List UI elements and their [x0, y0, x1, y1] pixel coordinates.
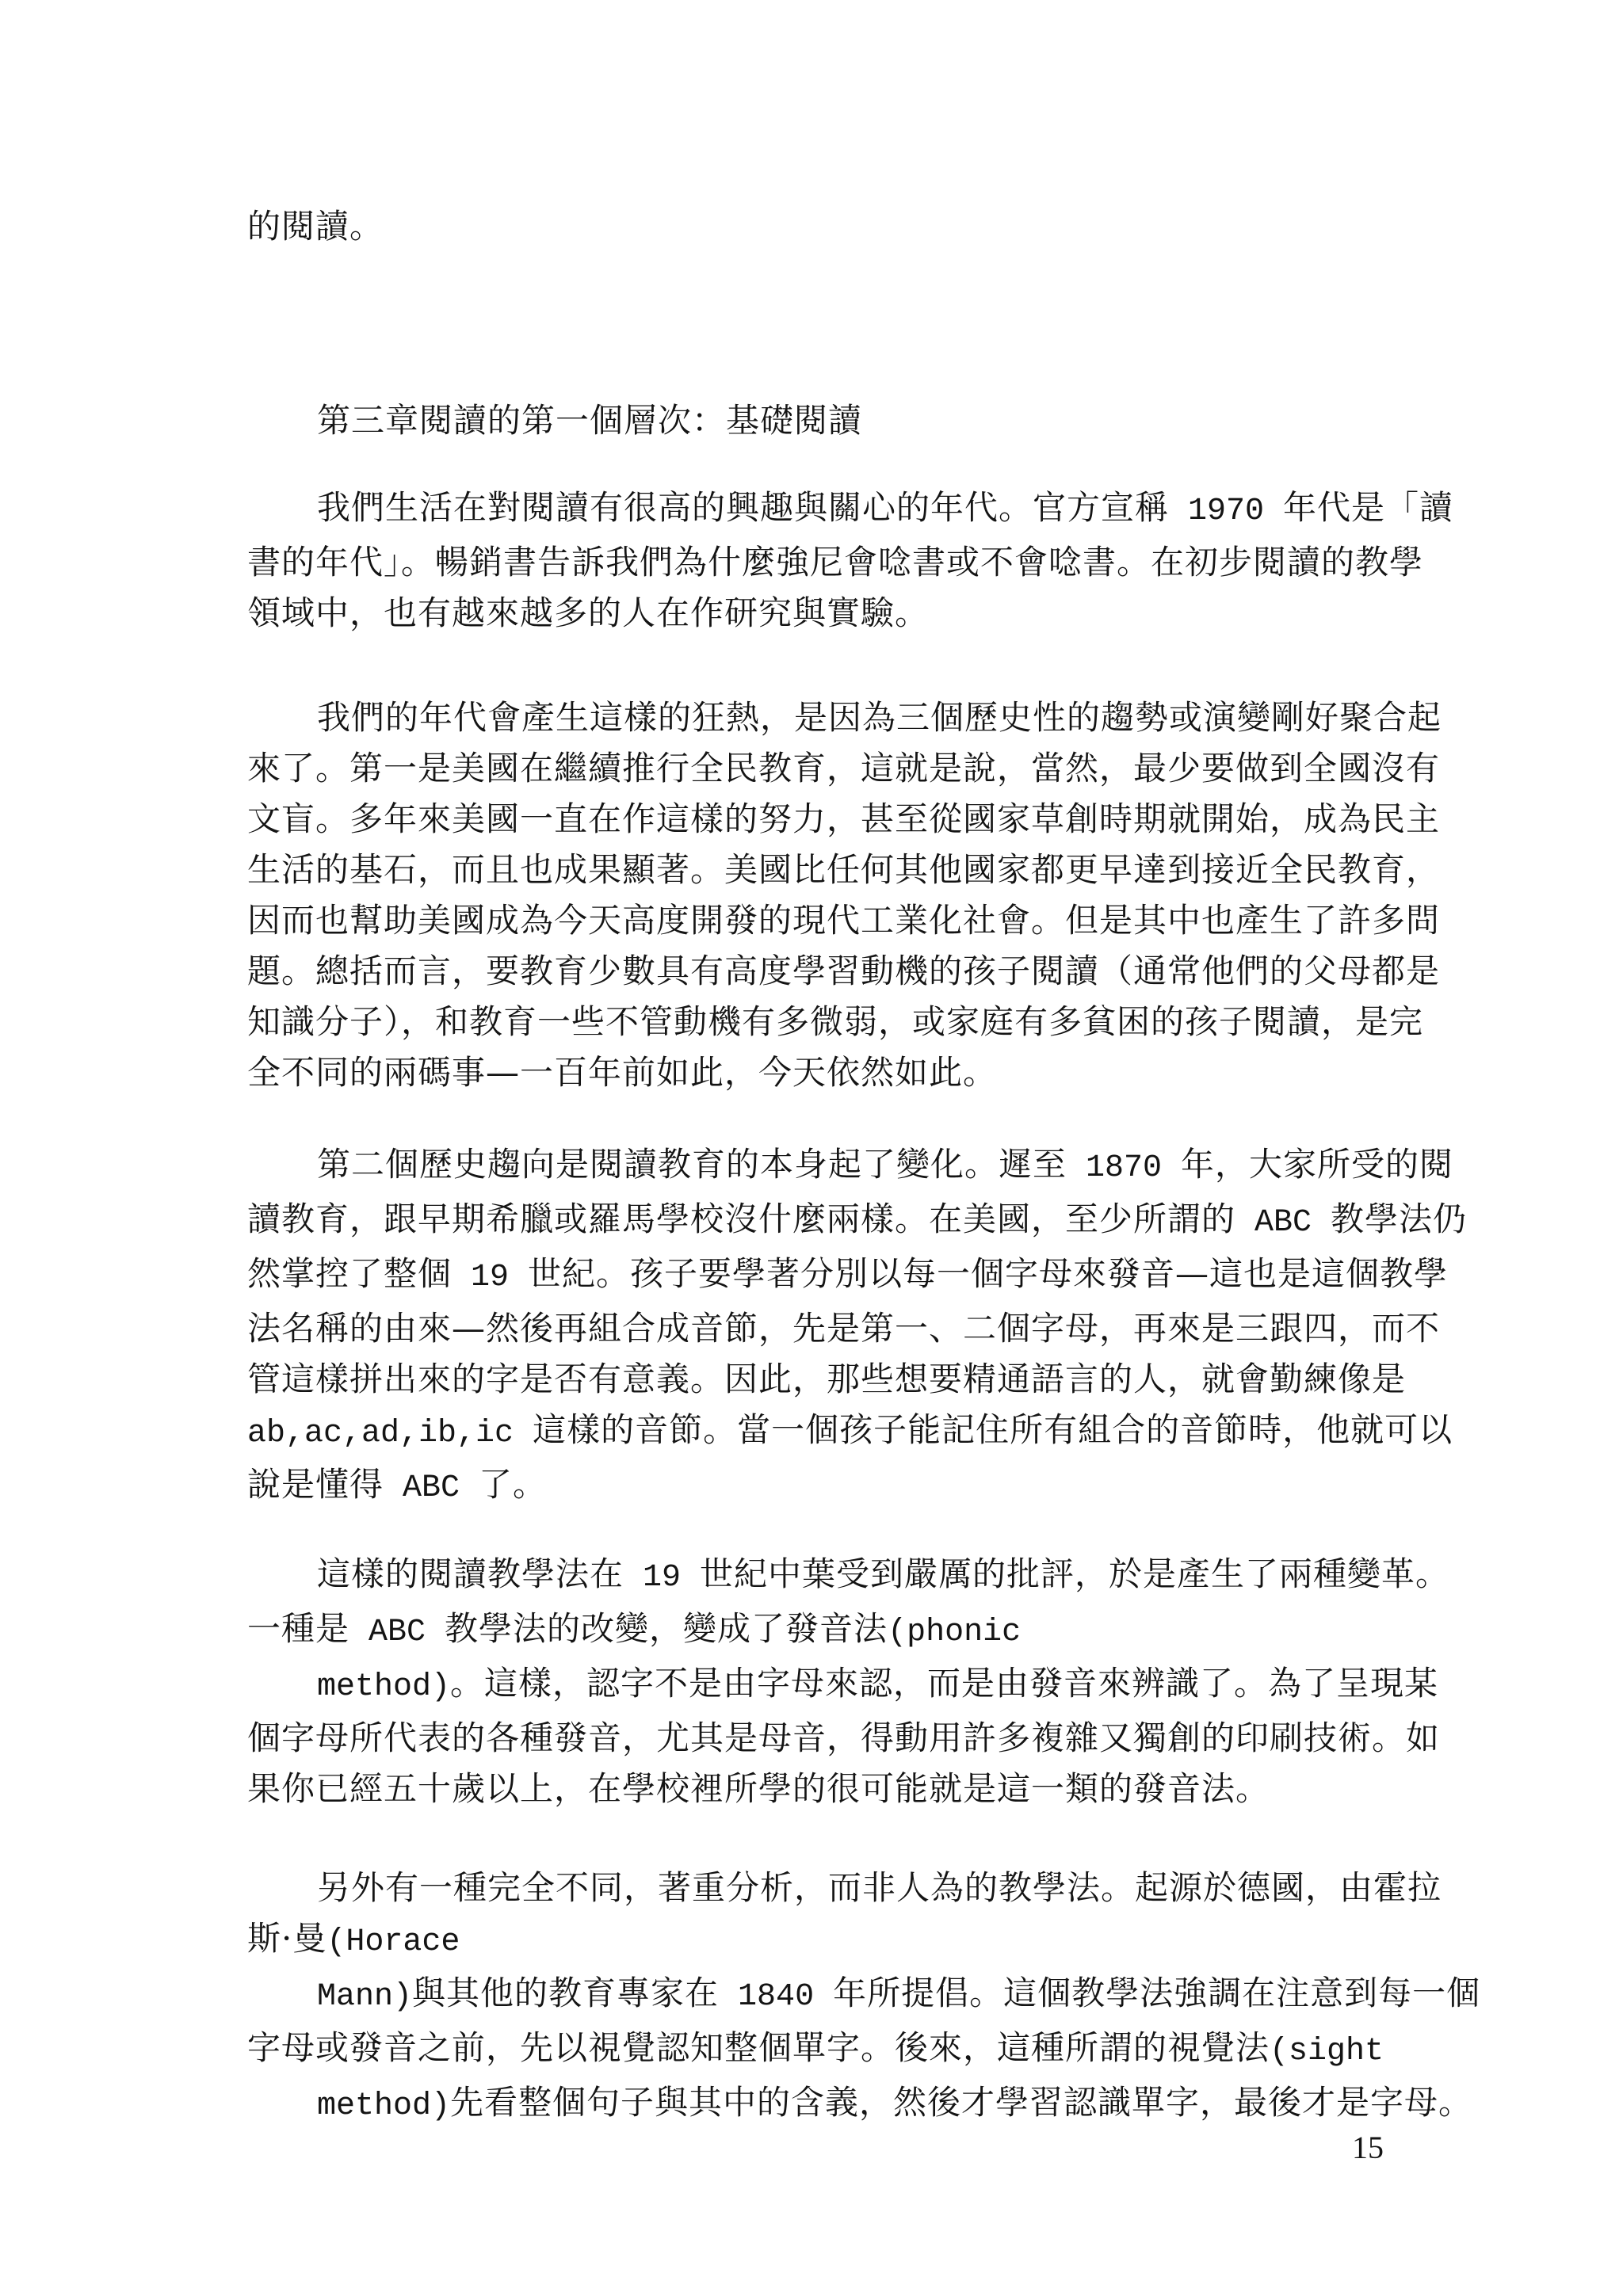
text-line: 我們生活在對閱讀有很高的興趣與關心的年代。官方宣稱 1970 年代是「讀: [247, 482, 1412, 537]
latin-text: 1870: [1067, 1150, 1181, 1186]
text-line: 字母或發音之前，先以視覺認知整個單字。後來，這種所謂的視覺法(sight: [247, 2023, 1412, 2077]
text-line: 個字母所代表的各種發音，尤其是母音，得動用許多複雜又獨創的印刷技術。如: [247, 1713, 1412, 1764]
page-number: 15: [1352, 2122, 1384, 2173]
text-line: method)先看整個句子與其中的含義，然後才學習認識單字，最後才是字母。: [247, 2077, 1412, 2132]
text-line: 一種是 ABC 教學法的改變，變成了發音法(phonic: [247, 1604, 1412, 1658]
text-line: 管這樣拼出來的字是否有意義。因此，那些想要精通語言的人，就會勤練像是: [247, 1354, 1412, 1405]
text-line: 知識分子），和教育一些不管動機有多微弱，或家庭有多貧困的孩子閱讀，是完: [247, 997, 1412, 1047]
paragraph-4: 這樣的閱讀教學法在 19 世紀中葉受到嚴厲的批評，於是產生了兩種變革。一種是 A…: [247, 1549, 1412, 1814]
text-line: 果你已經五十歲以上，在學校裡所學的很可能就是這一類的發音法。: [247, 1764, 1412, 1814]
text-line: 讀教育，跟早期希臘或羅馬學校沒什麼兩樣。在美國，至少所謂的 ABC 教學法仍: [247, 1194, 1412, 1249]
text-line: 說是懂得 ABC 了。: [247, 1459, 1412, 1514]
text-line: method)。這樣，認字不是由字母來認，而是由發音來辨識了。為了呈現某: [247, 1658, 1412, 1713]
latin-text: ABC: [349, 1615, 445, 1650]
text-line: 法名稱的由來—然後再組合成音節，先是第一、二個字母，再來是三跟四，而不: [247, 1303, 1412, 1354]
text-line: 然掌控了整個 19 世紀。孩子要學著分別以每一個字母來發音—這也是這個教學: [247, 1249, 1412, 1303]
paragraph-3: 第二個歷史趨向是閱讀教育的本身起了變化。遲至 1870 年，大家所受的閱讀教育，…: [247, 1139, 1412, 1514]
text-line: 我們的年代會產生這樣的狂熱，是因為三個歷史性的趨勢或演變剛好聚合起: [247, 692, 1412, 743]
text-line: 第二個歷史趨向是閱讀教育的本身起了變化。遲至 1870 年，大家所受的閱: [247, 1139, 1412, 1194]
latin-text: ab,ac,ad,ib,ic: [247, 1416, 533, 1451]
paragraph-2: 我們的年代會產生這樣的狂熱，是因為三個歷史性的趨勢或演變剛好聚合起來了。第一是美…: [247, 692, 1412, 1098]
text-line: 全不同的兩碼事—一百年前如此，今天依然如此。: [247, 1047, 1412, 1098]
latin-text: method): [317, 1669, 450, 1705]
chapter-heading: 第三章閱讀的第一個層次：基礎閱讀: [247, 395, 1412, 446]
paragraph-1: 我們生活在對閱讀有很高的興趣與關心的年代。官方宣稱 1970 年代是「讀書的年代…: [247, 482, 1412, 639]
text-line: Mann)與其他的教育專家在 1840 年所提倡。這個教學法強調在注意到每一個: [247, 1968, 1412, 2023]
text-line: 來了。第一是美國在繼續推行全民教育，這就是說，當然，最少要做到全國沒有: [247, 743, 1412, 794]
text-line: 生活的基石，而且也成果顯著。美國比任何其他國家都更早達到接近全民教育，: [247, 845, 1412, 895]
text-line: ab,ac,ad,ib,ic 這樣的音節。當一個孩子能記住所有組合的音節時，他就…: [247, 1405, 1412, 1459]
latin-text: 1840: [719, 1979, 833, 2015]
document-page: 的閱讀。 第三章閱讀的第一個層次：基礎閱讀 我們生活在對閱讀有很高的興趣與關心的…: [0, 0, 1623, 2296]
latin-text: 19: [624, 1560, 700, 1596]
latin-text: (sight: [1270, 2034, 1384, 2069]
text-line: 斯·曼(Horace: [247, 1913, 1412, 1968]
text-line: 這樣的閱讀教學法在 19 世紀中葉受到嚴厲的批評，於是產生了兩種變革。: [247, 1549, 1412, 1604]
latin-text: ABC: [384, 1470, 479, 1506]
latin-text: Mann): [317, 1979, 412, 2015]
text-column: 的閱讀。 第三章閱讀的第一個層次：基礎閱讀 我們生活在對閱讀有很高的興趣與關心的…: [247, 0, 1412, 2132]
latin-text: method): [317, 2088, 450, 2124]
text-line: 題。總括而言，要教育少數具有高度學習動機的孩子閱讀（通常他們的父母都是: [247, 946, 1412, 997]
paragraph-5: 另外有一種完全不同，著重分析，而非人為的教學法。起源於德國，由霍拉斯·曼(Hor…: [247, 1863, 1412, 2132]
latin-text: ABC: [1235, 1205, 1331, 1241]
latin-text: 1970: [1169, 494, 1283, 529]
orphan-line: 的閱讀。: [247, 201, 1412, 252]
text-line: 領域中，也有越來越多的人在作研究與實驗。: [247, 588, 1412, 639]
text-line: 另外有一種完全不同，著重分析，而非人為的教學法。起源於德國，由霍拉: [247, 1863, 1412, 1913]
latin-text: 19: [452, 1260, 528, 1295]
latin-text: (phonic: [888, 1615, 1021, 1650]
latin-text: (Horace: [327, 1924, 460, 1960]
text-line: 書的年代」。暢銷書告訴我們為什麼強尼會唸書或不會唸書。在初步閱讀的教學: [247, 537, 1412, 588]
text-line: 文盲。多年來美國一直在作這樣的努力，甚至從國家草創時期就開始，成為民主: [247, 794, 1412, 845]
text-line: 因而也幫助美國成為今天高度開發的現代工業化社會。但是其中也產生了許多問: [247, 895, 1412, 946]
